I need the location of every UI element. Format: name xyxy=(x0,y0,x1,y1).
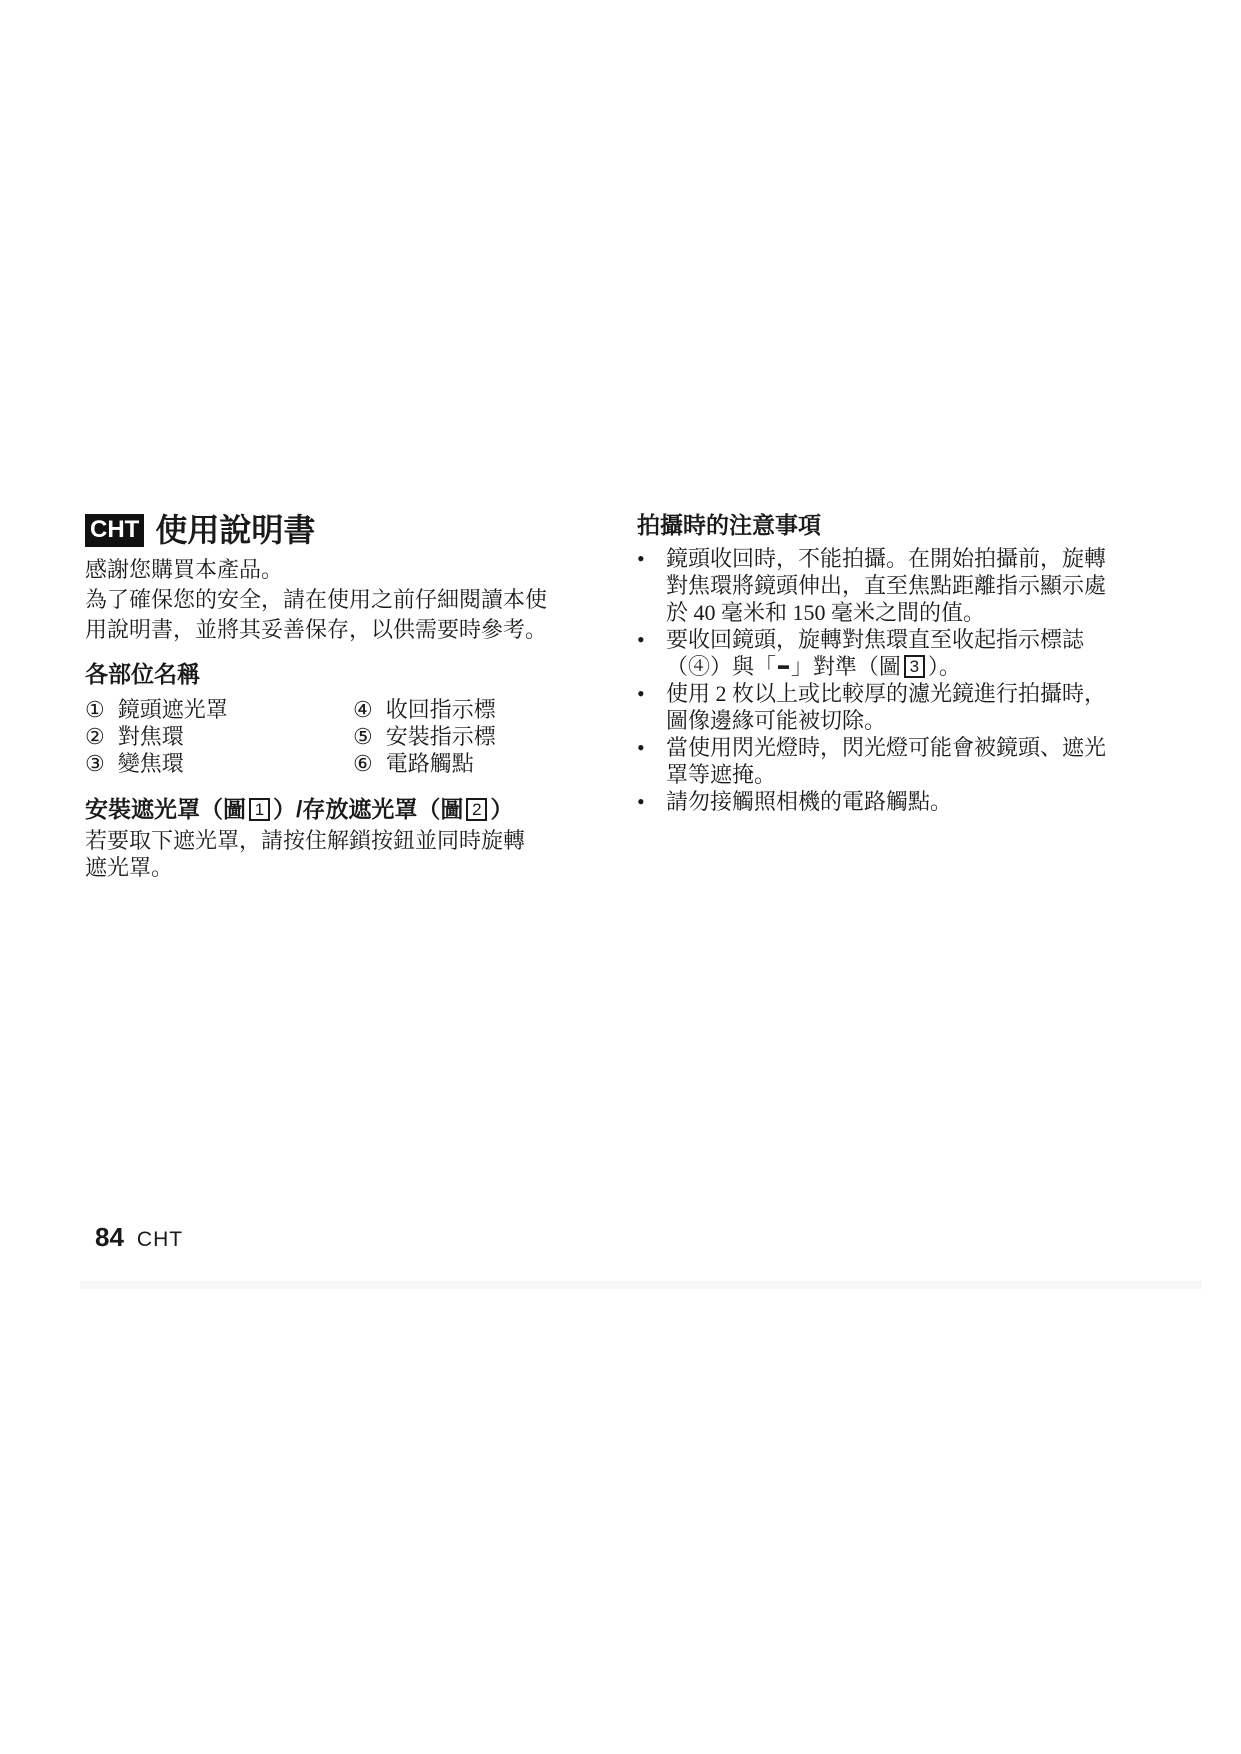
hood-heading-text: ）/存放遮光罩（圖 xyxy=(273,796,463,822)
bullet-icon: • xyxy=(637,545,666,572)
footer-divider-bar xyxy=(80,1281,1202,1289)
bullet-icon: • xyxy=(637,626,666,653)
intro-line: 感謝您購買本產品。 xyxy=(85,555,577,585)
note-line: 罩等遮掩。 xyxy=(666,761,1159,788)
footer-language-code: CHT xyxy=(137,1228,183,1252)
right-column: 拍攝時的注意事項 • 鏡頭收回時，不能拍攝。在開始拍攝前，旋轉 對焦環將鏡頭伸出… xyxy=(637,512,1159,815)
parts-heading: 各部位名稱 xyxy=(85,661,577,688)
note-item: • 請勿接觸照相機的電路觸點。 xyxy=(637,788,1159,815)
manual-page: CHT 使用說明書 感謝您購買本產品。 為了確保您的安全，請在使用之前仔細閱讀本… xyxy=(0,0,1241,1754)
bullet-icon: • xyxy=(637,788,666,815)
part-item: ④ 收回指示標 xyxy=(353,696,577,723)
note-text: 使用 2 枚以上或比較厚的濾光鏡進行拍攝時， 圖像邊緣可能被切除。 xyxy=(666,680,1159,734)
note-line: 鏡頭收回時，不能拍攝。在開始拍攝前，旋轉 xyxy=(666,545,1159,572)
hood-heading-text: 安裝遮光罩（圖 xyxy=(85,796,246,822)
hood-line: 遮光罩。 xyxy=(85,854,577,881)
note-segment: （④）與「 xyxy=(666,654,776,679)
intro-paragraph: 感謝您購買本產品。 為了確保您的安全，請在使用之前仔細閱讀本使 用說明書，並將其… xyxy=(85,555,577,645)
part-item: ③ 變焦環 xyxy=(85,750,353,777)
note-line: 當使用閃光燈時，閃光燈可能會被鏡頭、遮光 xyxy=(666,734,1159,761)
note-segment: 」對準（圖 xyxy=(791,654,901,679)
circled-number-1: ① xyxy=(85,696,105,723)
note-line: 要收回鏡頭，旋轉對焦環直至收起指示標誌 xyxy=(666,626,1159,653)
note-text: 當使用閃光燈時，閃光燈可能會被鏡頭、遮光 罩等遮掩。 xyxy=(666,734,1159,788)
hood-paragraph: 若要取下遮光罩，請按住解鎖按鈕並同時旋轉 遮光罩。 xyxy=(85,827,577,881)
bullet-icon: • xyxy=(637,680,666,707)
language-badge: CHT xyxy=(85,514,144,547)
intro-line: 為了確保您的安全，請在使用之前仔細閱讀本使 xyxy=(85,585,577,615)
note-item: • 鏡頭收回時，不能拍攝。在開始拍攝前，旋轉 對焦環將鏡頭伸出，直至焦點距離指示… xyxy=(637,545,1159,626)
part-label: 對焦環 xyxy=(118,723,184,750)
note-item: • 當使用閃光燈時，閃光燈可能會被鏡頭、遮光 罩等遮掩。 xyxy=(637,734,1159,788)
note-text: 鏡頭收回時，不能拍攝。在開始拍攝前，旋轉 對焦環將鏡頭伸出，直至焦點距離指示顯示… xyxy=(666,545,1159,626)
page-footer: 84 CHT xyxy=(95,1222,183,1253)
hood-heading-text: ） xyxy=(490,796,513,822)
part-label: 電路觸點 xyxy=(386,750,474,777)
page-title: 使用說明書 xyxy=(155,514,315,546)
part-item: ⑤ 安裝指示標 xyxy=(353,723,577,750)
figure-1-box: 1 xyxy=(249,798,270,821)
part-label: 安裝指示標 xyxy=(386,723,496,750)
part-label: 變焦環 xyxy=(118,750,184,777)
notes-list: • 鏡頭收回時，不能拍攝。在開始拍攝前，旋轉 對焦環將鏡頭伸出，直至焦點距離指示… xyxy=(637,545,1159,815)
hood-line: 若要取下遮光罩，請按住解鎖按鈕並同時旋轉 xyxy=(85,827,577,854)
note-line: 圖像邊緣可能被切除。 xyxy=(666,707,1159,734)
part-label: 收回指示標 xyxy=(386,696,496,723)
circled-number-4: ④ xyxy=(353,696,373,723)
page-number: 84 xyxy=(95,1222,124,1253)
part-label: 鏡頭遮光罩 xyxy=(118,696,228,723)
figure-2-box: 2 xyxy=(466,798,487,821)
note-line: 對焦環將鏡頭伸出，直至焦點距離指示顯示處 xyxy=(666,572,1159,599)
note-line: 於 40 毫米和 150 毫米之間的值。 xyxy=(666,599,1159,626)
note-segment: ）。 xyxy=(928,654,961,679)
circled-number-2: ② xyxy=(85,723,105,750)
notes-heading: 拍攝時的注意事項 xyxy=(637,512,1159,539)
hood-heading: 安裝遮光罩（圖1）/存放遮光罩（圖2） xyxy=(85,796,577,823)
parts-list: ① 鏡頭遮光罩 ④ 收回指示標 ② 對焦環 ⑤ 安裝指示標 ③ 變焦環 ⑥ 電路… xyxy=(85,696,577,777)
note-line: 請勿接觸照相機的電路觸點。 xyxy=(666,788,1159,815)
left-column: CHT 使用說明書 感謝您購買本產品。 為了確保您的安全，請在使用之前仔細閱讀本… xyxy=(85,512,577,881)
document-header: CHT 使用說明書 xyxy=(85,512,577,548)
part-item: ⑥ 電路觸點 xyxy=(353,750,577,777)
retract-mark-icon: − xyxy=(777,646,790,687)
bullet-icon: • xyxy=(637,734,666,761)
circled-number-5: ⑤ xyxy=(353,723,373,750)
note-line: 使用 2 枚以上或比較厚的濾光鏡進行拍攝時， xyxy=(666,680,1159,707)
note-text: 請勿接觸照相機的電路觸點。 xyxy=(666,788,1159,815)
circled-number-6: ⑥ xyxy=(353,750,373,777)
note-line: （④）與「−」對準（圖3）。 xyxy=(666,653,1159,680)
part-item: ② 對焦環 xyxy=(85,723,353,750)
circled-number-3: ③ xyxy=(85,750,105,777)
intro-line: 用說明書，並將其妥善保存，以供需要時參考。 xyxy=(85,615,577,645)
part-item: ① 鏡頭遮光罩 xyxy=(85,696,353,723)
note-text: 要收回鏡頭，旋轉對焦環直至收起指示標誌 （④）與「−」對準（圖3）。 xyxy=(666,626,1159,680)
figure-3-box: 3 xyxy=(904,655,925,678)
note-item: • 使用 2 枚以上或比較厚的濾光鏡進行拍攝時， 圖像邊緣可能被切除。 xyxy=(637,680,1159,734)
note-item: • 要收回鏡頭，旋轉對焦環直至收起指示標誌 （④）與「−」對準（圖3）。 xyxy=(637,626,1159,680)
